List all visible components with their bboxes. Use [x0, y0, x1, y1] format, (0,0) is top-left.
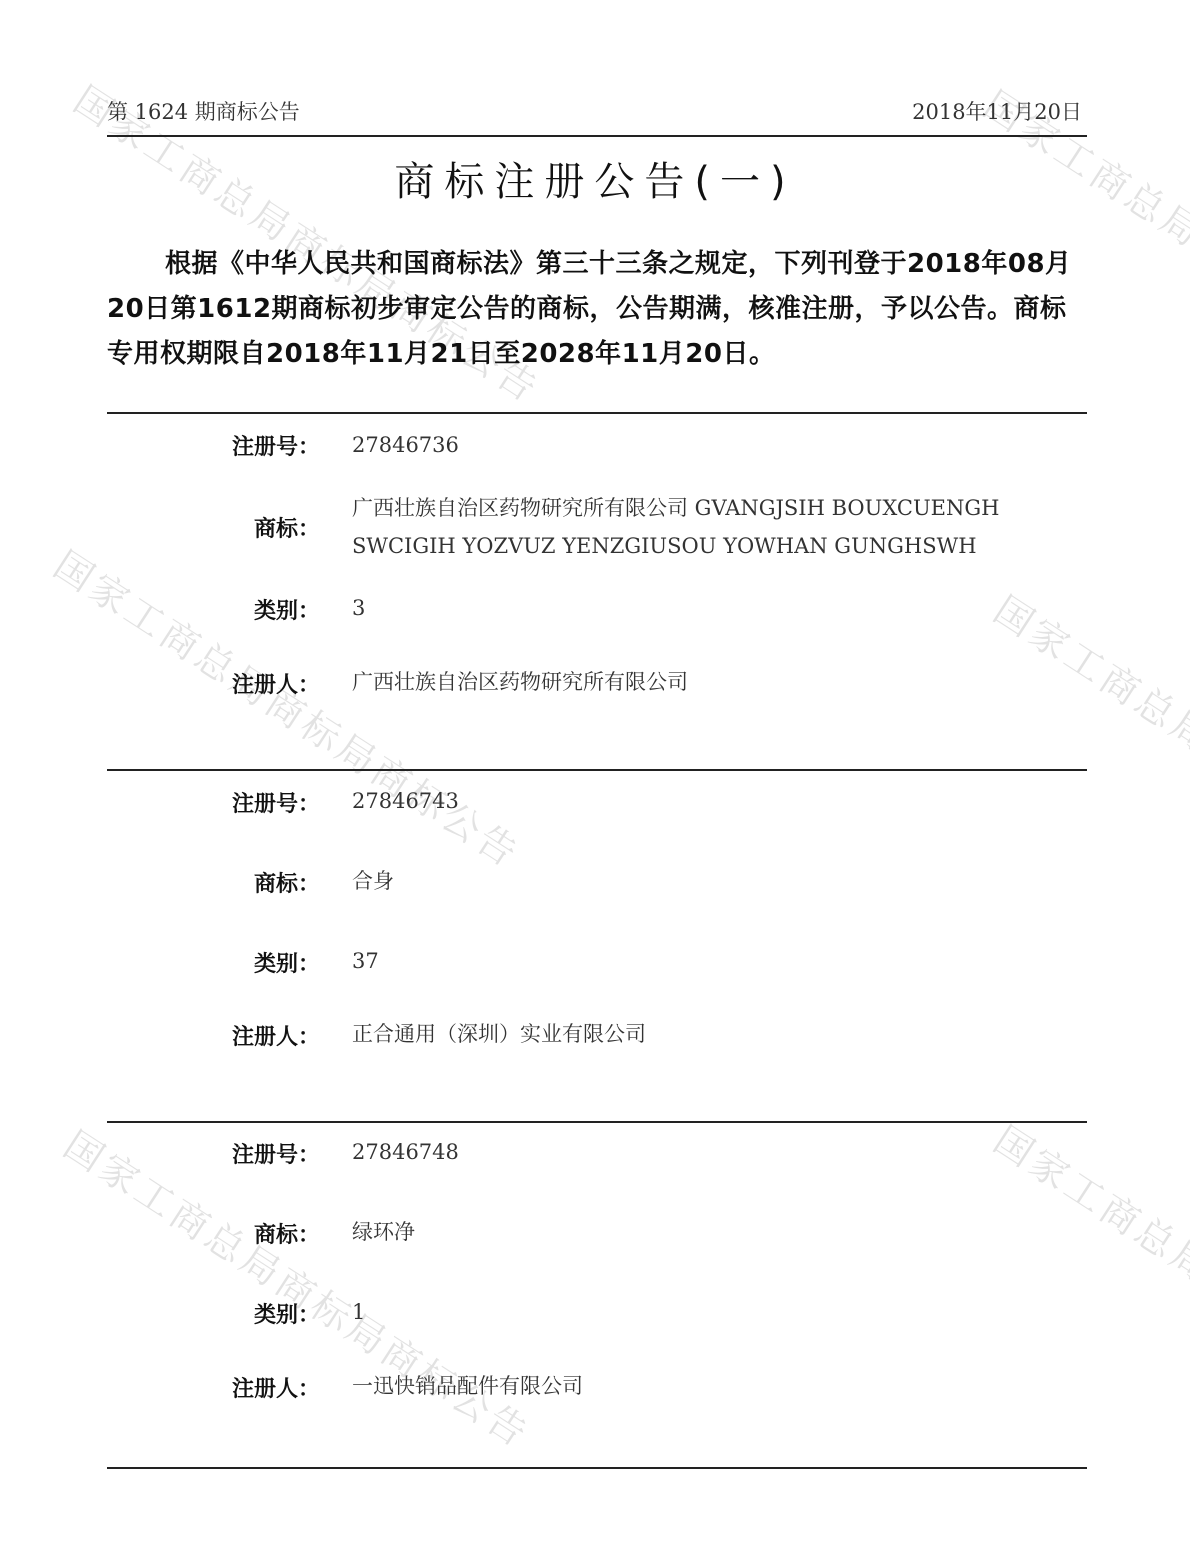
registrant-value: 广西壮族自治区药物研究所有限公司 [352, 663, 1082, 701]
registrant-label: 注册人： [105, 668, 320, 699]
registrant-value: 一迅快销品配件有限公司 [352, 1367, 1082, 1405]
class-label: 类别： [105, 594, 320, 625]
footer-divider [107, 1467, 1087, 1469]
class-value: 37 [352, 942, 1082, 980]
reg-no-value: 27846736 [352, 426, 1082, 464]
entry-divider [107, 412, 1087, 414]
reg-no-label: 注册号： [105, 787, 320, 818]
class-value: 1 [352, 1293, 1082, 1331]
issue-number: 第 1624 期商标公告 [107, 96, 300, 126]
class-value: 3 [352, 589, 1082, 627]
page-title: 商标注册公告(一) [0, 150, 1190, 207]
registrant-label: 注册人： [105, 1020, 320, 1051]
reg-no-label: 注册号： [105, 430, 320, 461]
mark-label: 商标： [105, 867, 320, 898]
mark-value: 绿环净 [352, 1213, 1082, 1251]
registrant-label: 注册人： [105, 1372, 320, 1403]
reg-no-value: 27846743 [352, 782, 1082, 820]
watermark: 国家工商总局商标局商标公告 [45, 535, 533, 879]
entry-divider [107, 769, 1087, 771]
header-divider [107, 135, 1087, 137]
class-label: 类别： [105, 947, 320, 978]
registrant-value: 正合通用（深圳）实业有限公司 [352, 1015, 1082, 1053]
mark-label: 商标： [105, 1218, 320, 1249]
mark-value: 合身 [352, 862, 1082, 900]
mark-label: 商标： [105, 512, 320, 543]
intro-paragraph: 根据《中华人民共和国商标法》第三十三条之规定，下列刊登于2018年08月20日第… [107, 242, 1087, 377]
reg-no-value: 27846748 [352, 1133, 1082, 1171]
entry-divider [107, 1121, 1087, 1123]
reg-no-label: 注册号： [105, 1138, 320, 1169]
class-label: 类别： [105, 1298, 320, 1329]
publication-date: 2018年11月20日 [912, 96, 1082, 126]
mark-value: 广西壮族自治区药物研究所有限公司 GVANGJSIH BOUXCUENGH SW… [352, 489, 1082, 565]
